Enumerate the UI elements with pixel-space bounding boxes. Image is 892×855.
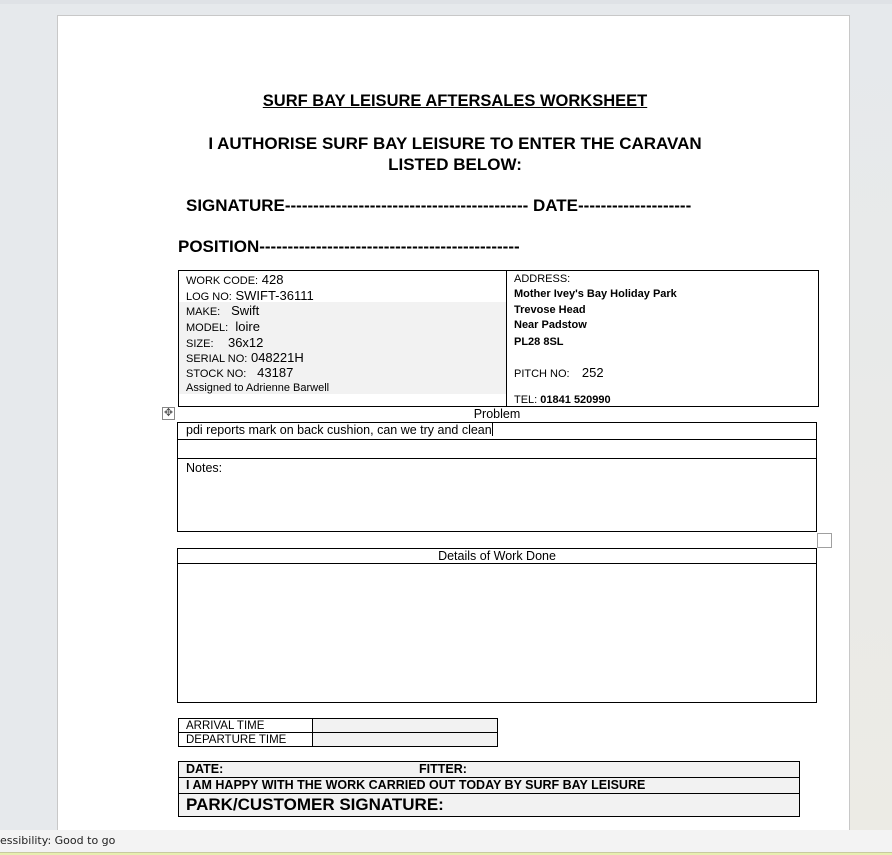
authorisation-statement: I AUTHORISE SURF BAY LEISURE TO ENTER TH… [58,133,852,175]
tel-value: 01841 520990 [540,394,610,406]
work-done-table[interactable]: Details of Work Done [177,548,817,703]
make-field: MAKE: Swift [186,303,259,318]
work-code-value: 428 [262,272,284,287]
address-cell[interactable]: ADDRESS: Mother Ivey's Bay Holiday Park … [514,271,814,406]
address-line: Trevose Head [514,304,586,316]
assigned-to: Assigned to Adrienne Barwell [186,382,329,394]
customer-signature-row[interactable]: PARK/CUSTOMER SIGNATURE: [179,794,799,816]
pitch-field: PITCH NO: 252 [514,365,604,380]
table-row: DEPARTURE TIME [179,733,498,747]
worksheet-title: SURF BAY LEISURE AFTERSALES WORKSHEET [58,92,852,111]
caravan-info-table: WORK CODE: 428 LOG NO: SWIFT-36111 MAKE:… [178,270,819,407]
workspace-gutter [850,15,892,830]
authorisation-line-1: I AUTHORISE SURF BAY LEISURE TO ENTER TH… [58,133,852,154]
size-value: 36x12 [228,335,263,350]
signoff-table: DATE: FITTER: I AM HAPPY WITH THE WORK C… [178,761,800,817]
problem-header: Problem [178,407,816,421]
caravan-details-cell[interactable]: WORK CODE: 428 LOG NO: SWIFT-36111 MAKE:… [179,271,507,406]
departure-time-value[interactable] [313,733,498,747]
table-row: ARRIVAL TIME [179,719,498,733]
satisfaction-row: I AM HAPPY WITH THE WORK CARRIED OUT TOD… [179,778,799,794]
notes-label: Notes: [186,461,222,475]
address-line: Near Padstow [514,319,587,331]
date-label: DATE: [186,762,223,776]
serial-value: 048221H [251,350,304,365]
make-value: Swift [231,303,259,318]
serial-field: SERIAL NO: 048221H [186,350,304,365]
model-value: loire [235,319,260,334]
table-move-handle-icon[interactable]: ✥ [162,407,175,420]
times-table: ARRIVAL TIME DEPARTURE TIME [178,718,498,747]
address-label: ADDRESS: [514,273,570,285]
pitch-value: 252 [582,365,604,380]
accessibility-status[interactable]: essibility: Good to go [0,834,115,847]
address-postcode: PL28 8SL [514,336,564,348]
arrival-time-value[interactable] [313,719,498,733]
address-line: Mother Ivey's Bay Holiday Park [514,288,677,300]
document-page[interactable]: SURF BAY LEISURE AFTERSALES WORKSHEET I … [57,15,850,835]
stock-field: STOCK NO: 43187 [186,365,293,380]
fitter-label: FITTER: [419,762,467,776]
work-code-field: WORK CODE: 428 [186,272,283,287]
stock-value: 43187 [257,365,293,380]
date-fitter-row[interactable]: DATE: FITTER: [179,762,799,778]
authorisation-line-2: LISTED BELOW: [58,154,852,175]
status-bar: essibility: Good to go [0,830,892,852]
ribbon-edge [0,0,892,4]
departure-time-label: DEPARTURE TIME [179,733,313,747]
log-no-field: LOG NO: SWIFT-36111 [186,288,314,303]
problem-table: pdi reports mark on back cushion, can we… [177,422,817,532]
problem-text: pdi reports mark on back cushion, can we… [186,423,492,437]
table-resize-handle[interactable] [817,533,832,548]
work-done-header: Details of Work Done [178,549,816,564]
log-no-value: SWIFT-36111 [235,288,313,303]
text-cursor [492,423,493,436]
position-line: POSITION--------------------------------… [178,237,520,257]
problem-text-cell[interactable]: pdi reports mark on back cushion, can we… [178,423,816,440]
arrival-time-label: ARRIVAL TIME [179,719,313,733]
problem-empty-cell[interactable] [178,440,816,459]
size-field: SIZE: 36x12 [186,335,263,350]
signature-date-line: SIGNATURE-------------------------------… [186,196,691,216]
model-field: MODEL: loire [186,319,260,334]
tel-field: TEL: 01841 520990 [514,394,611,406]
